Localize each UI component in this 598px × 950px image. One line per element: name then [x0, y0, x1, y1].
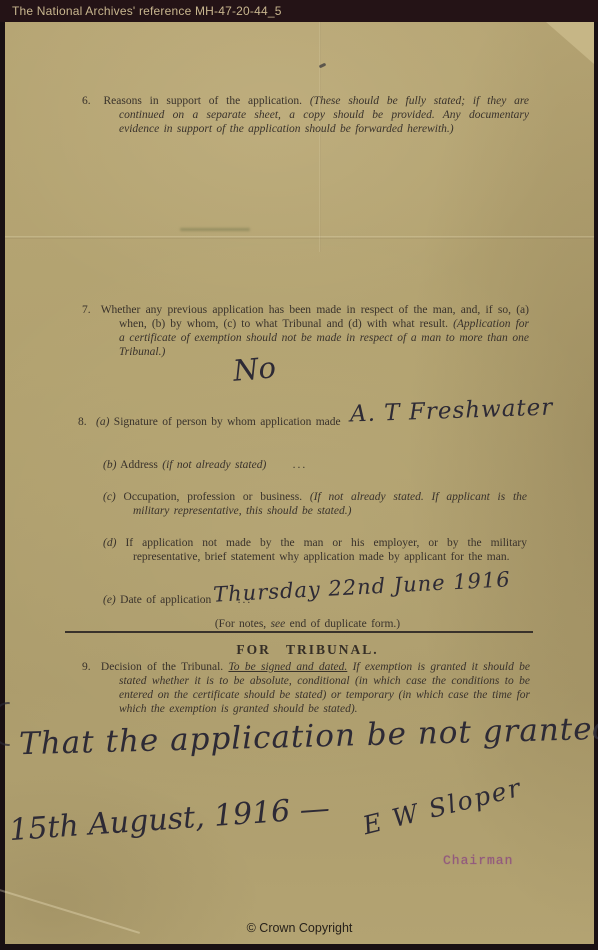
handwritten-decision: That the application be not granted—	[19, 710, 598, 762]
archive-reference-text: The National Archives' reference MH-47-2…	[12, 4, 282, 18]
item-7-number: 7.	[82, 304, 91, 316]
item-9-label: Decision of the Tribunal.	[101, 661, 223, 673]
handwritten-chairman-signature: E W Sloper	[360, 773, 525, 841]
paper-fold-corner	[546, 22, 594, 64]
item-8d-label: If application not made by the man or hi…	[125, 537, 527, 563]
item-8d-letter: (d)	[103, 537, 116, 549]
scanned-document-view: The National Archives' reference MH-47-2…	[0, 0, 598, 950]
item-8a-label: Signature of person by whom application …	[114, 416, 341, 428]
item-8b-note: (if not already stated)	[162, 459, 266, 471]
item-8b-label: Address	[120, 459, 158, 471]
chairman-stamp: Chairman	[443, 853, 513, 868]
form-item-8c: (c) Occupation, profession or business. …	[103, 490, 527, 518]
handwritten-decision-date: 15th August, 1916 —	[8, 791, 331, 848]
item-8e-letter: (e)	[103, 594, 116, 606]
form-item-6: 6. Reasons in support of the application…	[82, 94, 529, 136]
item-9-number: 9.	[82, 661, 91, 673]
document-page: 6. Reasons in support of the application…	[5, 22, 594, 944]
vertical-crease	[319, 22, 321, 252]
item-8b-letter: (b)	[103, 459, 116, 471]
form-item-8d: (d) If application not made by the man o…	[103, 536, 527, 564]
horizontal-crease	[5, 236, 594, 239]
item-8c-label: Occupation, profession or business.	[124, 491, 303, 503]
item-8e-label: Date of application	[120, 594, 211, 606]
form-item-9: 9. Decision of the Tribunal. To be signe…	[82, 660, 530, 716]
form-footnote: (For notes, see end of duplicate form.)	[85, 617, 530, 631]
form-item-8b: (b) Address (if not already stated) ...	[103, 458, 307, 472]
footnote-prefix: (For notes,	[215, 618, 271, 630]
crown-copyright-notice: © Crown Copyright	[5, 921, 594, 935]
item-8c-letter: (c)	[103, 491, 116, 503]
ink-smudge	[180, 228, 250, 231]
item-6-label: Reasons in support of the application.	[103, 95, 302, 107]
handwritten-answer-no: No	[232, 350, 278, 388]
item-9-signed-dated: To be signed and dated.	[228, 661, 347, 673]
footnote-see: see	[271, 618, 286, 630]
item-8a-letter: (a)	[96, 416, 109, 428]
form-item-7: 7. Whether any previous application has …	[82, 303, 529, 359]
archive-reference-bar: The National Archives' reference MH-47-2…	[0, 0, 598, 22]
footnote-suffix: end of duplicate form.)	[285, 618, 400, 630]
handwritten-application-date: Thursday 22nd June 1916	[213, 567, 512, 607]
handwritten-applicant-signature: A. T Freshwater	[350, 394, 554, 427]
item-8b-dotted-leader: ...	[293, 459, 308, 471]
item-8-number: 8.	[78, 416, 87, 428]
item-6-number: 6.	[82, 95, 91, 107]
section-divider-rule	[65, 631, 533, 633]
tribunal-heading: FOR TRIBUNAL.	[85, 642, 530, 658]
form-item-8a: 8. (a) Signature of person by whom appli…	[78, 415, 341, 429]
